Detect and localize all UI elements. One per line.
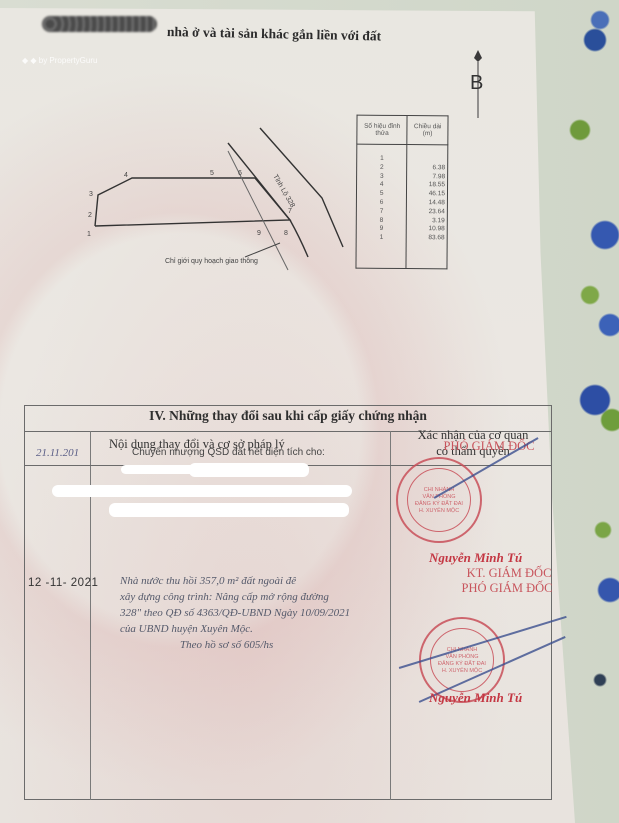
length-value: 14.48 — [409, 199, 445, 208]
point-label: 1 — [359, 155, 404, 164]
table-header: Chiều dài (m) — [407, 116, 448, 145]
point-label: 1 — [359, 234, 404, 243]
stamp-title: KT. GIÁM ĐỐC — [424, 566, 594, 581]
handwritten-note: Nhà nước thu hồi 357,0 m² đất ngoài đê x… — [120, 573, 390, 653]
vertex-label: 4 — [124, 172, 128, 179]
point-column: 1234567891 — [356, 144, 407, 268]
length-value: 7.98 — [409, 173, 445, 182]
point-label: 8 — [359, 216, 404, 225]
point-label: 7 — [359, 207, 404, 216]
signer-name: Nguyễn Minh Tú — [429, 550, 522, 566]
entry-date: 12 -11- 2021 — [28, 577, 98, 589]
length-value: 10.98 — [409, 225, 445, 234]
entry-date: 21.11.201 — [36, 447, 79, 459]
official-seal-icon: CHI NHÁNH VĂN PHÒNG ĐĂNG KÝ ĐẤT ĐAI H. X… — [396, 457, 482, 543]
length-value: 6.38 — [410, 164, 446, 173]
vertex-label: 5 — [210, 170, 214, 177]
plot-diagram: 1 2 3 4 5 6 7 8 9 Tỉnh Lộ 328 Chỉ giới q… — [60, 120, 360, 280]
table-header: Số hiệu đỉnh thửa — [357, 115, 408, 144]
diamond-icon: ◆ ◆ — [22, 56, 39, 65]
length-value: 23.64 — [409, 208, 445, 217]
vertex-label: 7 — [288, 208, 292, 215]
point-label: 4 — [359, 181, 404, 190]
length-value: 83.68 — [409, 234, 445, 243]
propertyguru-watermark: ◆ ◆ by PropertyGuru — [22, 56, 97, 65]
redacted-heading-prefix — [42, 16, 157, 32]
redaction — [52, 485, 352, 497]
length-value — [410, 155, 446, 164]
road-label: Tỉnh Lộ 328 — [271, 173, 296, 209]
vertex-label: 2 — [88, 212, 92, 219]
length-column: 6.387.9818.5546.1514.4823.643.1910.9883.… — [406, 145, 447, 269]
vertex-label: 9 — [257, 230, 261, 237]
length-value: 18.55 — [409, 181, 445, 190]
point-label: 5 — [359, 190, 404, 199]
point-label: 6 — [359, 199, 404, 208]
redaction — [189, 463, 309, 477]
signer-name: Nguyễn Minh Tú — [429, 690, 522, 706]
vertex-label: 3 — [89, 191, 93, 198]
changes-section: IV. Những thay đổi sau khi cấp giấy chứn… — [24, 405, 552, 800]
vertex-label: 8 — [284, 230, 288, 237]
point-label: 9 — [359, 225, 404, 234]
length-value: 46.15 — [409, 190, 445, 199]
boundary-label: Chỉ giới quy hoạch giao thông — [165, 257, 258, 265]
redaction — [109, 503, 349, 517]
stamp-title: PHÓ GIÁM ĐỐC — [422, 581, 592, 596]
stamp-title: PHÓ GIÁM ĐỐC — [404, 439, 574, 454]
entry-text: Chuyển nhượng QSD đất hết diện tích cho: — [132, 447, 325, 458]
north-label: B — [470, 72, 483, 95]
length-value: 3.19 — [409, 217, 445, 226]
point-label: 3 — [359, 172, 404, 181]
vertex-label: 1 — [87, 231, 91, 238]
boundary-lengths-table: Số hiệu đỉnh thửa Chiều dài (m) 12345678… — [355, 115, 448, 270]
point-label: 2 — [359, 163, 404, 172]
vertex-label: 6 — [238, 170, 242, 177]
